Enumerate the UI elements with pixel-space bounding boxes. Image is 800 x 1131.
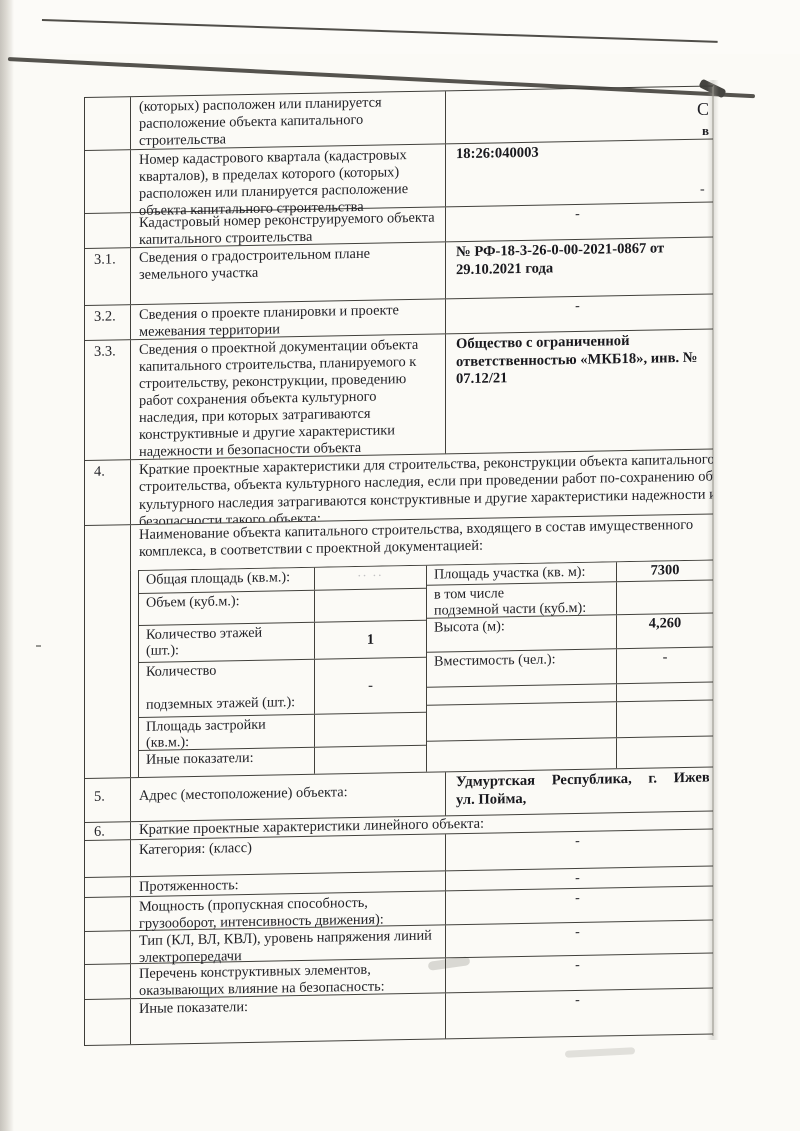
row-label: Иные показатели: [131,993,446,1044]
row-number: 3.1. [85,248,131,305]
char-row: Вместимость (чел.): - [427,647,713,687]
row-label: Тип (КЛ, ВЛ, КВЛ), уровень напряжения ли… [131,925,446,963]
char-label [427,738,617,771]
row-number [85,97,131,150]
char-label: в том числе подземной части (куб.м): [427,582,617,617]
design-documentation-org: Общество с ограниченной ответственностью… [446,329,713,453]
char-label: Объем (куб.м.): [139,591,315,625]
section4-subheader-text: Наименование объекта капитального строит… [139,516,713,562]
char-value [315,589,426,622]
char-label: Количество подземных этажей (шт.): [139,660,315,717]
scan-top-sheet-artifact [0,0,800,54]
char-value: - [315,658,426,714]
char-row-empty [427,736,713,771]
char-row [427,700,713,741]
row-number [85,840,131,877]
row-number [85,897,131,931]
row-label: Сведения о проектной документации объект… [131,334,446,459]
row-label: Перечень конструктивных элементов, оказы… [131,958,446,998]
row-label: Мощность (пропускная способность, грузоо… [131,891,446,930]
row-number [85,964,131,999]
char-label: Высота (м): [427,615,617,651]
plot-area-value: 7300 [617,560,713,581]
char-value [617,700,713,737]
row-label: Номер кадастрового квартала (кадастровых… [131,144,446,212]
row-number [85,213,131,248]
row-value: - [446,988,713,1038]
row-label: (которых) расположен или планируется рас… [131,91,446,149]
char-label: Количество этажей (шт.): [139,623,315,662]
cadastral-quarter-number: 18:26:040003 [446,139,713,206]
char-row: Высота (м): 4,260 [427,613,713,652]
section4-header: Краткие проектные характеристики для стр… [131,449,713,524]
char-row: Иные показатели: [139,746,426,777]
row-number [85,877,131,897]
row-number [85,150,131,213]
row-label: Адрес (местоположение) объекта: [131,772,446,821]
char-value: - [617,647,713,683]
row-number: 4. [85,460,131,525]
char-value [617,682,713,701]
row-label: Кадастровый номер реконструируемого объе… [131,207,446,247]
scanned-document-page: С в - (которых) расположен или планирует… [0,0,800,1131]
table-row: Номер кадастрового квартала (кадастровых… [85,139,713,214]
characteristics-table-row: Общая площадь (кв.м.): ·· ·· Объем (куб.… [85,559,713,779]
characteristics-left-column: Общая площадь (кв.м.): ·· ·· Объем (куб.… [139,566,427,777]
char-row: Количество подземных этажей (шт.): - [139,658,426,718]
char-label: Площадь участка (кв. м): [427,562,617,584]
row-value: - [446,829,713,870]
row-label: Сведения о градостроительном плане земел… [131,242,446,304]
char-label: Площадь застройки (кв.м.): [139,715,315,750]
char-label: Вместимость (чел.): [427,649,617,686]
scan-left-edge-artifact [0,0,14,1131]
urban-plan-number: № РФ-18-3-26-0-00-2021-0867 от 29.10.202… [446,237,713,298]
floors-count-value: 1 [315,621,426,659]
row-number: 3.2. [85,305,131,340]
row-value: - [446,920,713,957]
table-row: 3.3. Сведения о проектной документации о… [85,329,713,461]
section4-header-text: Краткие проектные характеристики для стр… [139,451,713,524]
char-row: Объем (куб.м.): [139,589,426,626]
row-value [446,86,713,143]
row-value: - [446,886,713,924]
char-value [315,746,426,774]
height-value: 4,260 [617,613,713,648]
characteristics-table: Общая площадь (кв.м.): ·· ·· Объем (куб.… [131,559,713,777]
row-value: - [446,294,713,333]
row-value: - [446,202,713,241]
row-number [85,999,131,1045]
characteristics-right-column: Площадь участка (кв. м): 7300 в том числ… [427,560,713,771]
row-number: 3.3. [85,340,131,460]
row-number: 5. [85,778,131,822]
row-label: Сведения о проекте планировки и проекте … [131,299,446,339]
row-number [85,931,131,964]
char-row: Количество этажей (шт.): 1 [139,621,426,663]
char-value [617,736,713,768]
row-number [85,525,131,571]
char-value-illegible: ·· ·· [315,566,426,590]
char-value [315,713,426,747]
char-row: Площадь застройки (кв.м.): [139,713,426,751]
row-number: 6. [85,822,131,840]
row-number [85,570,131,778]
section4-header-row: 4. Краткие проектные характеристики для … [85,449,713,526]
permit-form-table: (которых) расположен или планируется рас… [84,85,713,1046]
char-label [427,702,617,740]
margin-tick-mark [36,645,41,647]
address-value: Удмуртская Республика, г. Ижев ул. Пойма… [446,767,713,815]
char-label: Иные показатели: [139,748,315,777]
char-row: в том числе подземной части (куб.м): [427,580,713,618]
char-value [617,580,713,614]
char-label [427,684,617,704]
char-label: Общая площадь (кв.м.): [139,568,315,593]
row-value: - [446,953,713,992]
row-label: Категория: (класс) [131,834,446,876]
